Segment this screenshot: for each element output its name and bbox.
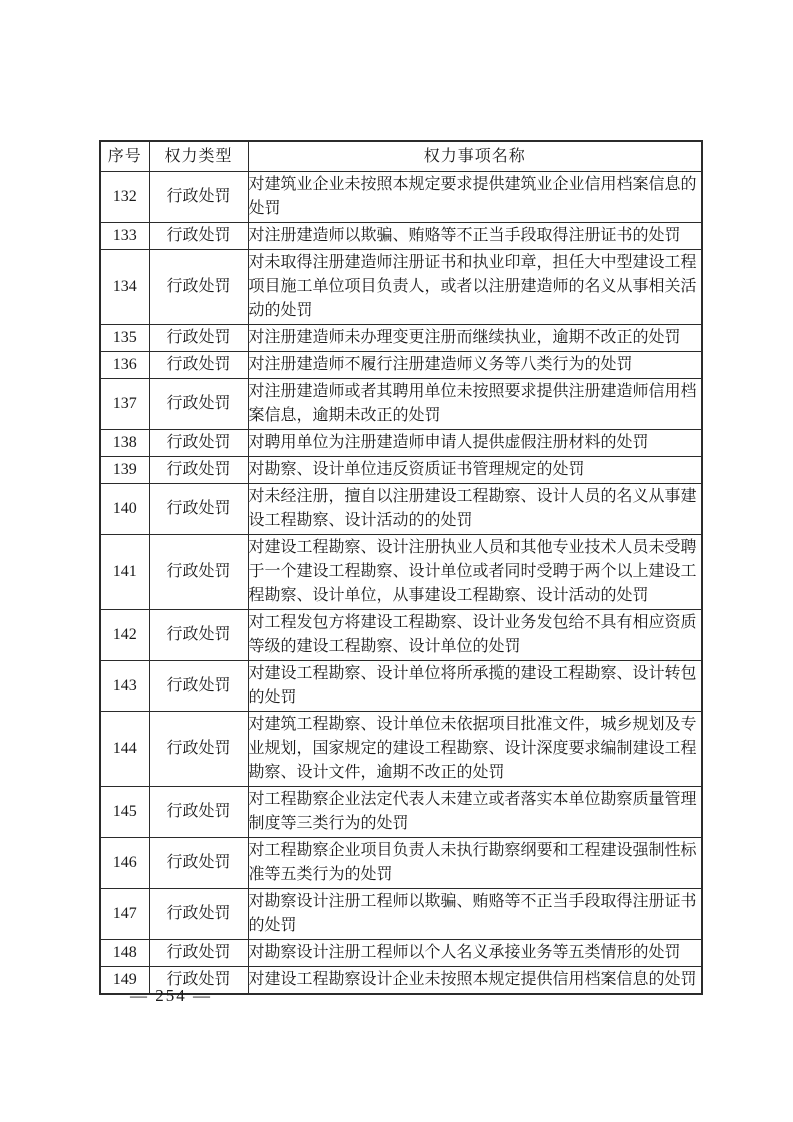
- row-power-type: 行政处罚: [149, 610, 248, 661]
- table-row: 145行政处罚对工程勘察企业法定代表人未建立或者落实本单位勘察质量管理制度等三类…: [100, 787, 702, 838]
- row-power-item-name: 对勘察设计注册工程师以个人名义承接业务等五类情形的处罚: [248, 940, 702, 967]
- row-power-type: 行政处罚: [149, 352, 248, 379]
- row-serial-number: 140: [100, 484, 149, 535]
- header-power-type: 权力类型: [149, 141, 248, 172]
- row-power-item-name: 对注册建造师不履行注册建造师义务等八类行为的处罚: [248, 352, 702, 379]
- row-serial-number: 143: [100, 661, 149, 712]
- table-row: 136行政处罚对注册建造师不履行注册建造师义务等八类行为的处罚: [100, 352, 702, 379]
- table-row: 147行政处罚对勘察设计注册工程师以欺骗、贿赂等不正当手段取得注册证书的处罚: [100, 889, 702, 940]
- row-power-item-name: 对未取得注册建造师注册证书和执业印章，担任大中型建设工程项目施工单位项目负责人，…: [248, 250, 702, 325]
- row-serial-number: 139: [100, 457, 149, 484]
- row-serial-number: 138: [100, 430, 149, 457]
- power-items-table: 序号 权力类型 权力事项名称 132行政处罚对建筑业企业未按照本规定要求提供建筑…: [99, 140, 703, 995]
- row-serial-number: 137: [100, 379, 149, 430]
- table-row: 135行政处罚对注册建造师未办理变更注册而继续执业，逾期不改正的处罚: [100, 325, 702, 352]
- row-serial-number: 146: [100, 838, 149, 889]
- row-power-type: 行政处罚: [149, 172, 248, 223]
- row-serial-number: 133: [100, 223, 149, 250]
- table-row: 139行政处罚对勘察、设计单位违反资质证书管理规定的处罚: [100, 457, 702, 484]
- header-serial-number: 序号: [100, 141, 149, 172]
- table-row: 137行政处罚对注册建造师或者其聘用单位未按照要求提供注册建造师信用档案信息，逾…: [100, 379, 702, 430]
- row-power-item-name: 对注册建造师以欺骗、贿赂等不正当手段取得注册证书的处罚: [248, 223, 702, 250]
- row-power-type: 行政处罚: [149, 712, 248, 787]
- row-serial-number: 141: [100, 535, 149, 610]
- row-power-item-name: 对未经注册，擅自以注册建设工程勘察、设计人员的名义从事建设工程勘察、设计活动的的…: [248, 484, 702, 535]
- table-row: 132行政处罚对建筑业企业未按照本规定要求提供建筑业企业信用档案信息的处罚: [100, 172, 702, 223]
- table-row: 140行政处罚对未经注册，擅自以注册建设工程勘察、设计人员的名义从事建设工程勘察…: [100, 484, 702, 535]
- row-power-type: 行政处罚: [149, 223, 248, 250]
- row-power-type: 行政处罚: [149, 379, 248, 430]
- row-serial-number: 135: [100, 325, 149, 352]
- row-power-item-name: 对工程勘察企业法定代表人未建立或者落实本单位勘察质量管理制度等三类行为的处罚: [248, 787, 702, 838]
- table-row: 148行政处罚对勘察设计注册工程师以个人名义承接业务等五类情形的处罚: [100, 940, 702, 967]
- document-page: 序号 权力类型 权力事项名称 132行政处罚对建筑业企业未按照本规定要求提供建筑…: [0, 0, 793, 1122]
- row-serial-number: 134: [100, 250, 149, 325]
- row-power-item-name: 对注册建造师未办理变更注册而继续执业，逾期不改正的处罚: [248, 325, 702, 352]
- row-serial-number: 147: [100, 889, 149, 940]
- page-number: — 254 —: [130, 986, 212, 1006]
- row-power-type: 行政处罚: [149, 661, 248, 712]
- row-power-type: 行政处罚: [149, 535, 248, 610]
- row-power-type: 行政处罚: [149, 889, 248, 940]
- row-power-item-name: 对建设工程勘察、设计单位将所承揽的建设工程勘察、设计转包的处罚: [248, 661, 702, 712]
- row-serial-number: 148: [100, 940, 149, 967]
- table-row: 146行政处罚对工程勘察企业项目负责人未执行勘察纲要和工程建设强制性标准等五类行…: [100, 838, 702, 889]
- row-power-item-name: 对建筑工程勘察、设计单位未依据项目批准文件，城乡规划及专业规划，国家规定的建设工…: [248, 712, 702, 787]
- row-power-item-name: 对聘用单位为注册建造师申请人提供虚假注册材料的处罚: [248, 430, 702, 457]
- table-body: 132行政处罚对建筑业企业未按照本规定要求提供建筑业企业信用档案信息的处罚133…: [100, 172, 702, 995]
- row-serial-number: 145: [100, 787, 149, 838]
- row-power-item-name: 对建设工程勘察设计企业未按照本规定提供信用档案信息的处罚: [248, 967, 702, 995]
- table-row: 138行政处罚对聘用单位为注册建造师申请人提供虚假注册材料的处罚: [100, 430, 702, 457]
- table-header-row: 序号 权力类型 权力事项名称: [100, 141, 702, 172]
- table-row: 142行政处罚对工程发包方将建设工程勘察、设计业务发包给不具有相应资质等级的建设…: [100, 610, 702, 661]
- row-serial-number: 132: [100, 172, 149, 223]
- row-power-item-name: 对工程勘察企业项目负责人未执行勘察纲要和工程建设强制性标准等五类行为的处罚: [248, 838, 702, 889]
- header-power-item-name: 权力事项名称: [248, 141, 702, 172]
- row-power-type: 行政处罚: [149, 250, 248, 325]
- row-power-type: 行政处罚: [149, 484, 248, 535]
- row-power-type: 行政处罚: [149, 940, 248, 967]
- row-serial-number: 142: [100, 610, 149, 661]
- table-row: 141行政处罚对建设工程勘察、设计注册执业人员和其他专业技术人员未受聘于一个建设…: [100, 535, 702, 610]
- row-power-type: 行政处罚: [149, 325, 248, 352]
- row-serial-number: 144: [100, 712, 149, 787]
- row-power-item-name: 对建筑业企业未按照本规定要求提供建筑业企业信用档案信息的处罚: [248, 172, 702, 223]
- row-power-type: 行政处罚: [149, 430, 248, 457]
- table-row: 143行政处罚对建设工程勘察、设计单位将所承揽的建设工程勘察、设计转包的处罚: [100, 661, 702, 712]
- row-power-item-name: 对建设工程勘察、设计注册执业人员和其他专业技术人员未受聘于一个建设工程勘察、设计…: [248, 535, 702, 610]
- row-serial-number: 136: [100, 352, 149, 379]
- row-power-item-name: 对勘察、设计单位违反资质证书管理规定的处罚: [248, 457, 702, 484]
- table-row: 134行政处罚对未取得注册建造师注册证书和执业印章，担任大中型建设工程项目施工单…: [100, 250, 702, 325]
- row-power-item-name: 对勘察设计注册工程师以欺骗、贿赂等不正当手段取得注册证书的处罚: [248, 889, 702, 940]
- table-row: 133行政处罚对注册建造师以欺骗、贿赂等不正当手段取得注册证书的处罚: [100, 223, 702, 250]
- row-power-type: 行政处罚: [149, 838, 248, 889]
- row-power-item-name: 对工程发包方将建设工程勘察、设计业务发包给不具有相应资质等级的建设工程勘察、设计…: [248, 610, 702, 661]
- row-power-type: 行政处罚: [149, 457, 248, 484]
- row-power-item-name: 对注册建造师或者其聘用单位未按照要求提供注册建造师信用档案信息，逾期未改正的处罚: [248, 379, 702, 430]
- row-power-type: 行政处罚: [149, 787, 248, 838]
- table-row: 144行政处罚对建筑工程勘察、设计单位未依据项目批准文件，城乡规划及专业规划，国…: [100, 712, 702, 787]
